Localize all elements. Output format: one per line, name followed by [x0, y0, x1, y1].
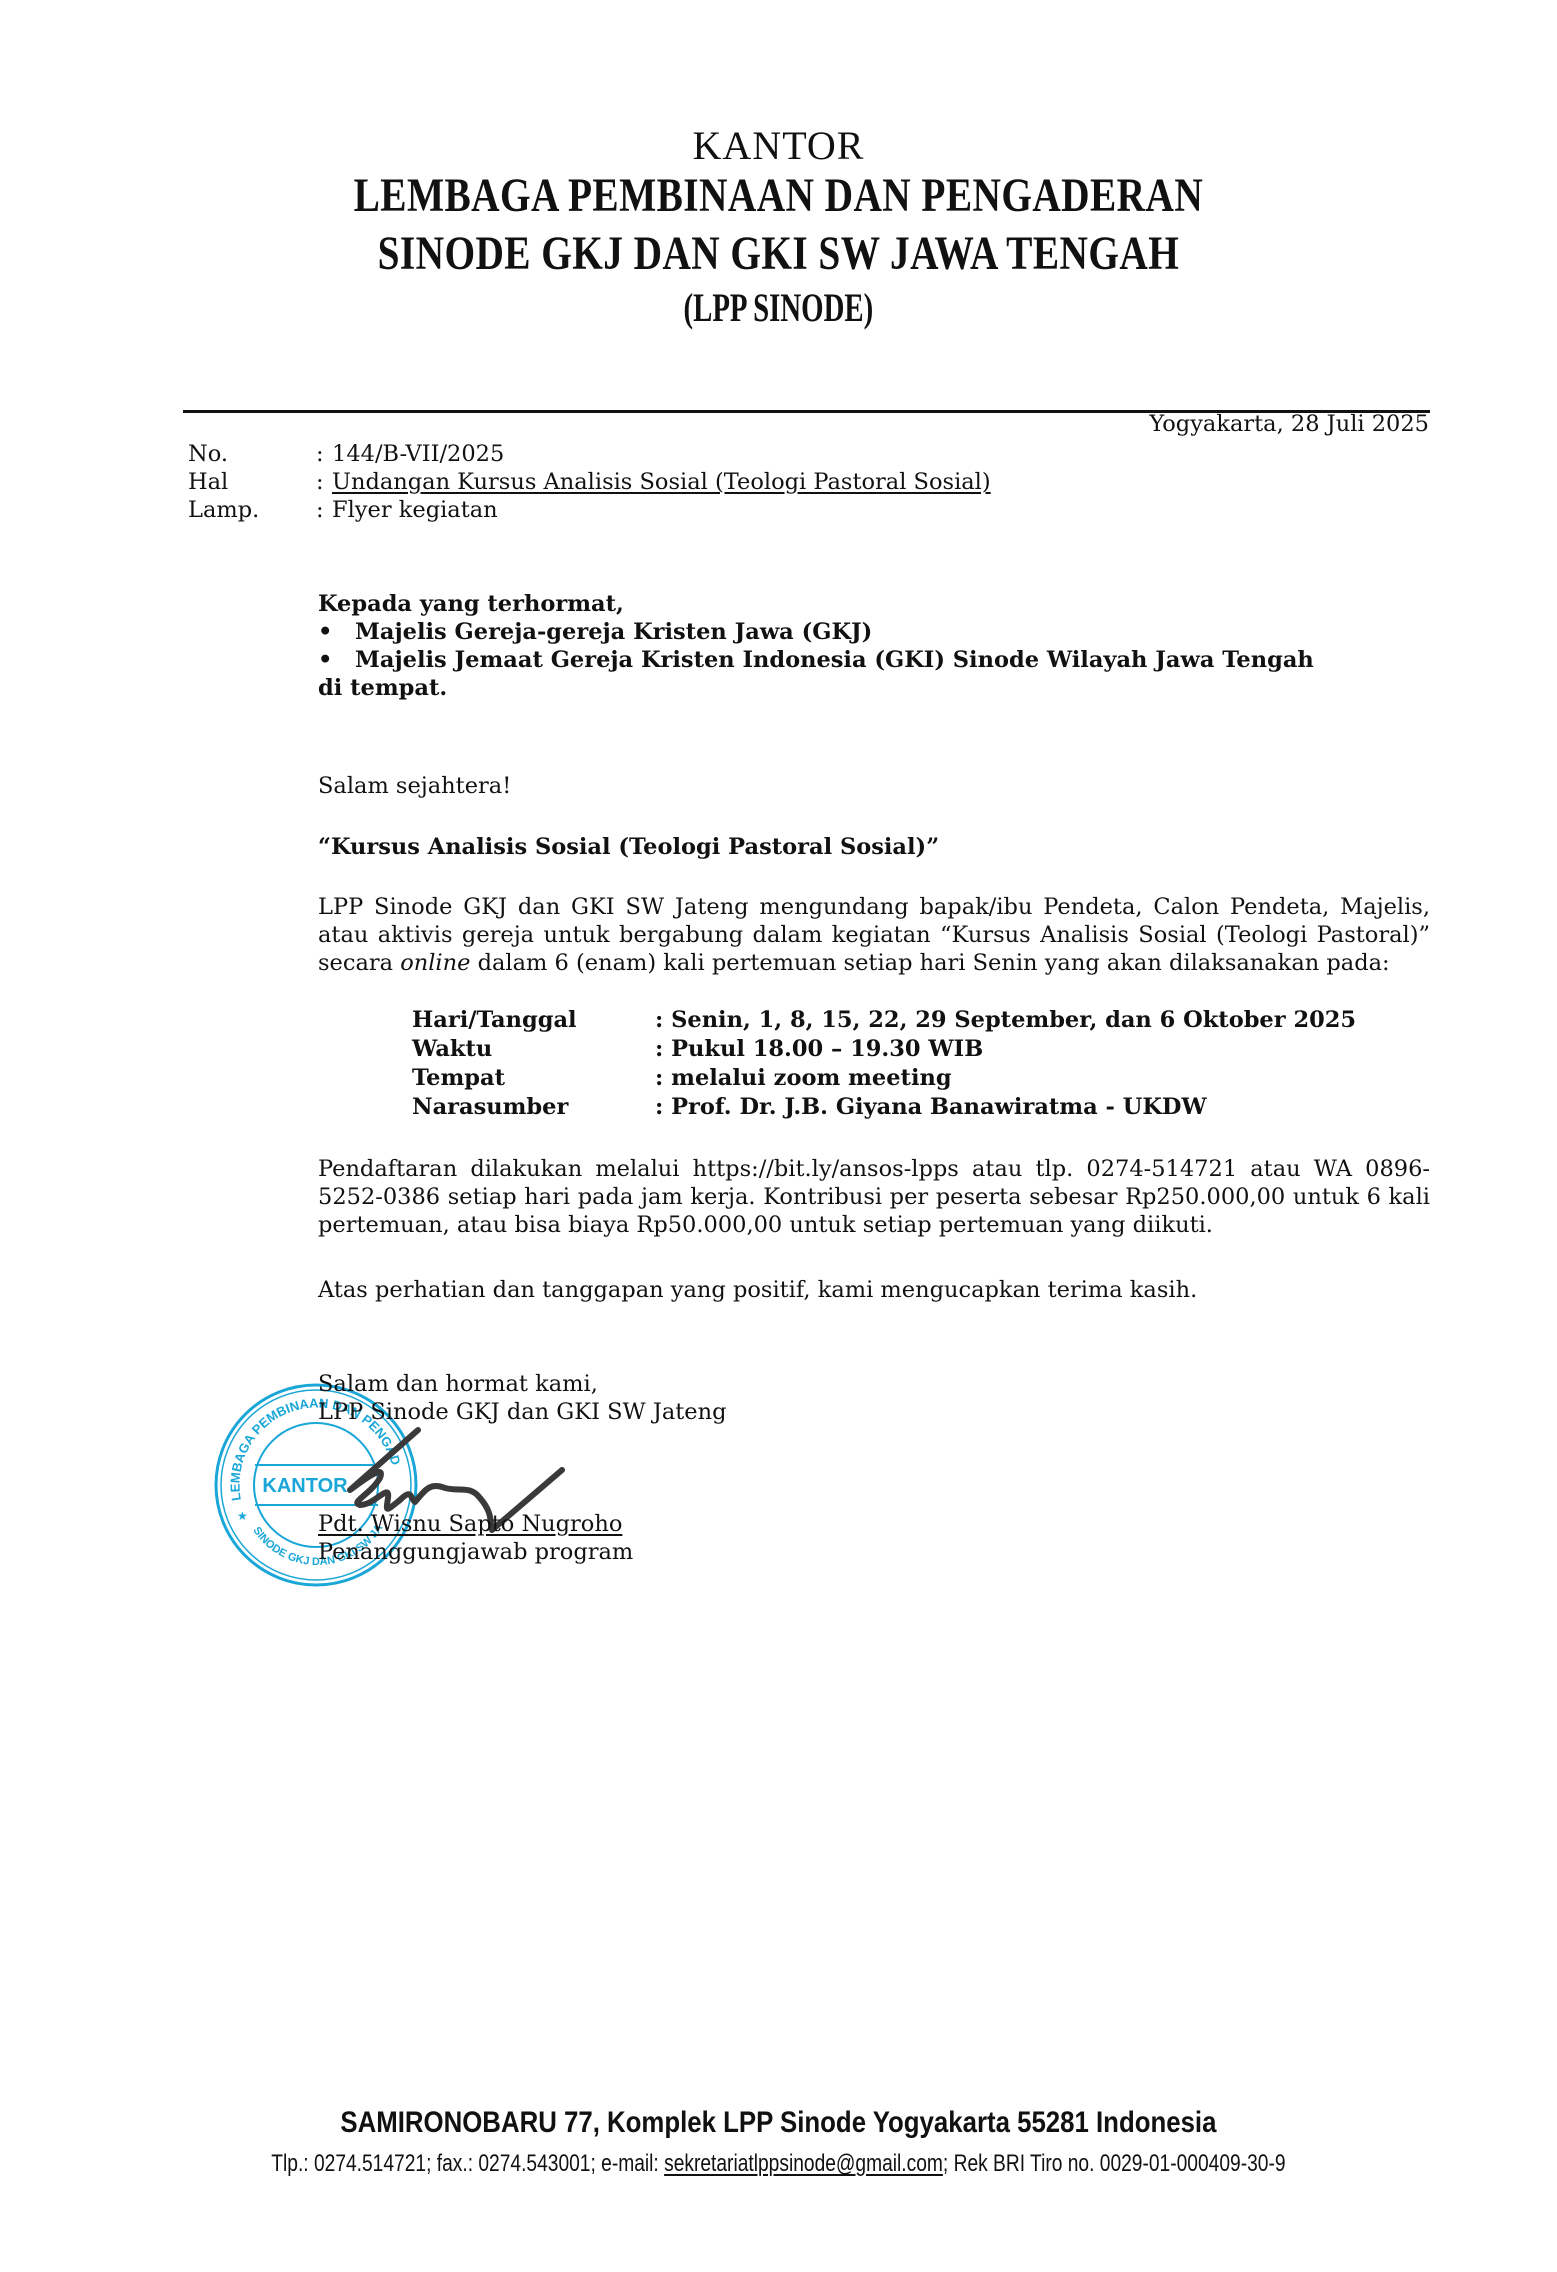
sign-off-greeting: Salam dan hormat kami,	[318, 1370, 1430, 1398]
event-details: Hari/Tanggal: Senin, 1, 8, 15, 22, 29 Se…	[412, 1006, 1432, 1122]
intro-paragraph: LPP Sinode GKJ dan GKI SW Jateng mengund…	[318, 893, 1430, 977]
meta-subject: Hal:Undangan Kursus Analisis Sosial (Teo…	[188, 468, 991, 496]
recipient-block: Kepada yang terhormat, •Majelis Gereja-g…	[318, 590, 1430, 702]
event-title: “Kursus Analisis Sosial (Teologi Pastora…	[318, 833, 1430, 861]
footer-address: SAMIRONOBARU 77, Komplek LPP Sinode Yogy…	[109, 2106, 1448, 2140]
registration-paragraph: Pendaftaran dilakukan melalui https://bi…	[318, 1155, 1430, 1239]
footer-email-link[interactable]: sekretariatlppsinode@gmail.com	[664, 2150, 943, 2177]
bullet-icon: •	[318, 646, 332, 674]
svg-text:★: ★	[237, 1509, 248, 1523]
detail-speaker: Narasumber: Prof. Dr. J.B. Giyana Banawi…	[412, 1093, 1432, 1122]
recipient-location: di tempat.	[318, 674, 1430, 702]
bullet-icon: •	[318, 618, 332, 646]
recipient-item: •Majelis Jemaat Gereja Kristen Indonesia…	[318, 646, 1430, 674]
letter-number: 144/B-VII/2025	[332, 441, 504, 467]
signatory-name: Pdt. Wisnu Sapto Nugroho	[318, 1510, 1430, 1538]
sign-off: Salam dan hormat kami, LPP Sinode GKJ da…	[318, 1370, 1430, 1426]
place-date: Yogyakarta, 28 Juli 2025	[1149, 410, 1429, 438]
letter-meta: No.:144/B-VII/2025 Hal:Undangan Kursus A…	[188, 440, 991, 524]
letterhead-office: KANTOR	[0, 122, 1557, 169]
letterhead-org-synod: SINODE GKJ DAN GKI SW JAWA TENGAH	[140, 226, 1417, 281]
greeting: Salam sejahtera!	[318, 772, 1430, 800]
letter-subject: Undangan Kursus Analisis Sosial (Teologi…	[332, 469, 991, 495]
recipient-item: •Majelis Gereja-gereja Kristen Jawa (GKJ…	[318, 618, 1430, 646]
meta-attachment: Lamp.:Flyer kegiatan	[188, 496, 991, 524]
recipient-salutation: Kepada yang terhormat,	[318, 590, 1430, 618]
signatory-role: Penanggungjawab program	[318, 1538, 1430, 1566]
detail-time: Waktu: Pukul 18.00 – 19.30 WIB	[412, 1035, 1432, 1064]
online-emphasis: online	[400, 950, 470, 976]
letterhead-org-abbrev: (LPP SINODE)	[218, 284, 1339, 331]
footer-contact: Tlp.: 0274.514721; fax.: 0274.543001; e-…	[156, 2150, 1402, 2178]
detail-date: Hari/Tanggal: Senin, 1, 8, 15, 22, 29 Se…	[412, 1006, 1432, 1035]
closing-note: Atas perhatian dan tanggapan yang positi…	[318, 1276, 1430, 1304]
letterhead-org-name: LEMBAGA PEMBINAAN DAN PENGADERAN	[140, 168, 1417, 223]
signatory: Pdt. Wisnu Sapto Nugroho Penanggungjawab…	[318, 1510, 1430, 1566]
letter-attachment: Flyer kegiatan	[332, 497, 498, 523]
detail-place: Tempat: melalui zoom meeting	[412, 1064, 1432, 1093]
meta-number: No.:144/B-VII/2025	[188, 440, 991, 468]
